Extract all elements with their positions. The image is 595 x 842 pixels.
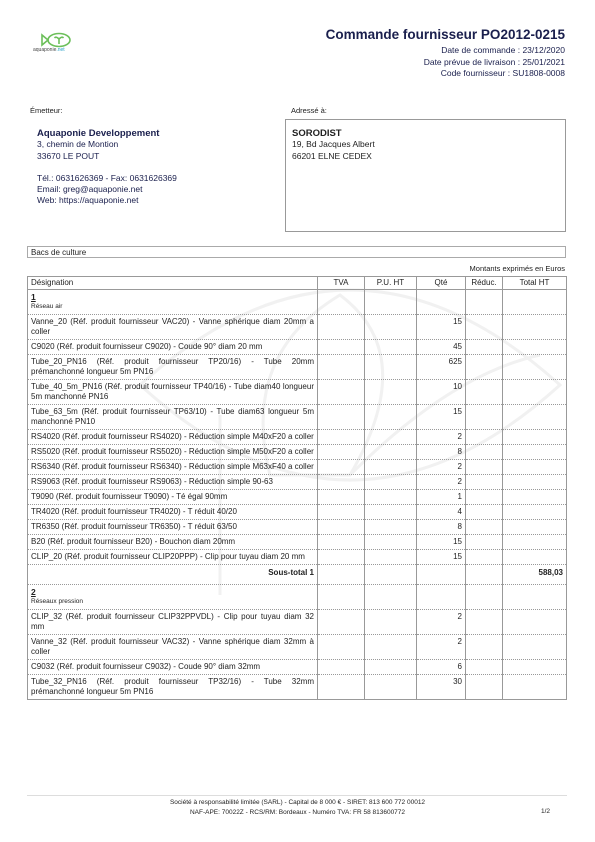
line-quantity: 15 (417, 405, 466, 430)
supplier-code: Code fournisseur : SU1808-0008 (326, 68, 565, 80)
table-row: B20 (Réf. produit fournisseur B20) - Bou… (28, 535, 567, 550)
empty-cell (365, 315, 417, 340)
line-description: TR6350 (Réf. produit fournisseur TR6350)… (28, 520, 318, 535)
page-number: 1/2 (541, 808, 550, 815)
empty-cell (466, 380, 503, 405)
line-description: Tube_40_5m_PN16 (Réf. produit fournisseu… (28, 380, 318, 405)
empty-cell (365, 550, 417, 565)
empty-cell (318, 475, 365, 490)
section-label: Réseau air (31, 302, 314, 312)
line-description: CLIP_32 (Réf. produit fournisseur CLIP32… (28, 610, 318, 635)
line-quantity: 2 (417, 430, 466, 445)
empty-cell (466, 635, 503, 660)
line-description: C9032 (Réf. produit fournisseur C9032) -… (28, 660, 318, 675)
line-description: CLIP_20 (Réf. produit fournisseur CLIP20… (28, 550, 318, 565)
table-row: TR6350 (Réf. produit fournisseur TR6350)… (28, 520, 567, 535)
empty-cell (318, 675, 365, 700)
empty-cell (466, 610, 503, 635)
empty-cell (318, 380, 365, 405)
section-number: 1 (31, 292, 314, 302)
empty-cell (417, 565, 466, 585)
logo-text: aquaponie.net (33, 47, 65, 53)
addressee-block: SORODIST 19, Bd Jacques Albert 66201 ELN… (292, 128, 375, 162)
line-quantity: 45 (417, 340, 466, 355)
order-lines-table: Désignation TVA P.U. HT Qté Réduc. Total… (27, 276, 567, 700)
empty-cell (503, 520, 567, 535)
empty-cell (466, 290, 503, 315)
footer: Société à responsabilité limitée (SARL) … (0, 798, 595, 817)
table-row: RS5020 (Réf. produit fournisseur RS5020)… (28, 445, 567, 460)
empty-cell (503, 380, 567, 405)
empty-cell (466, 315, 503, 340)
section-header-row: 2Réseaux pression (28, 585, 567, 610)
line-quantity: 6 (417, 660, 466, 675)
line-quantity: 2 (417, 460, 466, 475)
empty-cell (503, 490, 567, 505)
line-description: B20 (Réf. produit fournisseur B20) - Bou… (28, 535, 318, 550)
col-designation: Désignation (28, 277, 318, 290)
empty-cell (466, 535, 503, 550)
empty-cell (466, 460, 503, 475)
table-row: CLIP_20 (Réf. produit fournisseur CLIP20… (28, 550, 567, 565)
footer-divider (27, 795, 567, 796)
empty-cell (365, 520, 417, 535)
empty-cell (318, 565, 365, 585)
col-quantity: Qté (417, 277, 466, 290)
empty-cell (318, 460, 365, 475)
table-header-row: Désignation TVA P.U. HT Qté Réduc. Total… (28, 277, 567, 290)
empty-cell (318, 635, 365, 660)
line-description: Tube_20_PN16 (Réf. produit fournisseur T… (28, 355, 318, 380)
empty-cell (503, 585, 567, 610)
logo-suffix-text: .net (56, 47, 64, 53)
subtotal-row: Sous-total 1588,03 (28, 565, 567, 585)
empty-cell (503, 505, 567, 520)
line-description: Tube_63_5m (Réf. produit fournisseur TP6… (28, 405, 318, 430)
empty-cell (466, 660, 503, 675)
line-quantity: 4 (417, 505, 466, 520)
empty-cell (503, 675, 567, 700)
empty-cell (318, 585, 365, 610)
emitter-web: Web: https://aquaponie.net (37, 195, 177, 206)
empty-cell (318, 405, 365, 430)
section-title: 2Réseaux pression (28, 585, 318, 610)
empty-cell (365, 610, 417, 635)
line-quantity: 2 (417, 610, 466, 635)
empty-cell (365, 585, 417, 610)
section-number: 2 (31, 587, 314, 597)
table-row: TR4020 (Réf. produit fournisseur TR4020)… (28, 505, 567, 520)
table-body: 1Réseau airVanne_20 (Réf. produit fourni… (28, 290, 567, 700)
logo-main-text: aquaponie (33, 47, 56, 53)
table-row: Vanne_32 (Réf. produit fournisseur VAC32… (28, 635, 567, 660)
empty-cell (318, 290, 365, 315)
emitter-phone: Tél.: 0631626369 - Fax: 0631626369 (37, 173, 177, 184)
empty-cell (365, 535, 417, 550)
section-header-row: 1Réseau air (28, 290, 567, 315)
line-quantity: 8 (417, 520, 466, 535)
empty-cell (466, 490, 503, 505)
line-quantity: 15 (417, 315, 466, 340)
line-description: C9020 (Réf. produit fournisseur C9020) -… (28, 340, 318, 355)
empty-cell (503, 535, 567, 550)
line-quantity: 625 (417, 355, 466, 380)
empty-cell (503, 610, 567, 635)
empty-cell (503, 430, 567, 445)
empty-cell (365, 490, 417, 505)
addressee-address1: 19, Bd Jacques Albert (292, 139, 375, 150)
table-row: C9032 (Réf. produit fournisseur C9032) -… (28, 660, 567, 675)
empty-cell (503, 340, 567, 355)
empty-cell (503, 405, 567, 430)
line-quantity: 1 (417, 490, 466, 505)
empty-cell (318, 445, 365, 460)
order-date: Date de commande : 23/12/2020 (326, 45, 565, 57)
addressee-label: Adressé à: (291, 106, 327, 115)
empty-cell (365, 405, 417, 430)
empty-cell (318, 430, 365, 445)
addressee-address2: 66201 ELNE CEDEX (292, 151, 375, 162)
empty-cell (466, 520, 503, 535)
empty-cell (318, 355, 365, 380)
line-quantity: 15 (417, 535, 466, 550)
empty-cell (318, 535, 365, 550)
empty-cell (365, 445, 417, 460)
empty-cell (466, 550, 503, 565)
empty-cell (503, 635, 567, 660)
empty-cell (417, 290, 466, 315)
empty-cell (466, 355, 503, 380)
line-description: RS9063 (Réf. produit fournisseur RS9063)… (28, 475, 318, 490)
table-row: Tube_32_PN16 (Réf. produit fournisseur T… (28, 675, 567, 700)
empty-cell (503, 475, 567, 490)
table-row: RS9063 (Réf. produit fournisseur RS9063)… (28, 475, 567, 490)
empty-cell (466, 445, 503, 460)
table-row: C9020 (Réf. produit fournisseur C9020) -… (28, 340, 567, 355)
emitter-name: Aquaponie Developpement (37, 128, 177, 139)
empty-cell (318, 340, 365, 355)
col-total: Total HT (503, 277, 567, 290)
line-quantity: 2 (417, 635, 466, 660)
table-row: Tube_40_5m_PN16 (Réf. produit fournisseu… (28, 380, 567, 405)
line-quantity: 8 (417, 445, 466, 460)
empty-cell (466, 405, 503, 430)
empty-cell (318, 610, 365, 635)
empty-cell (466, 585, 503, 610)
empty-cell (318, 520, 365, 535)
empty-cell (365, 460, 417, 475)
col-tva: TVA (318, 277, 365, 290)
empty-cell (466, 340, 503, 355)
empty-cell (503, 290, 567, 315)
empty-cell (503, 660, 567, 675)
empty-cell (318, 490, 365, 505)
line-description: RS5020 (Réf. produit fournisseur RS5020)… (28, 445, 318, 460)
table-row: RS6340 (Réf. produit fournisseur RS6340)… (28, 460, 567, 475)
line-description: TR4020 (Réf. produit fournisseur TR4020)… (28, 505, 318, 520)
empty-cell (466, 475, 503, 490)
empty-cell (466, 675, 503, 700)
table-row: Tube_20_PN16 (Réf. produit fournisseur T… (28, 355, 567, 380)
empty-cell (365, 675, 417, 700)
empty-cell (365, 505, 417, 520)
empty-cell (365, 380, 417, 405)
empty-cell (503, 355, 567, 380)
empty-cell (417, 585, 466, 610)
table-row: CLIP_32 (Réf. produit fournisseur CLIP32… (28, 610, 567, 635)
line-quantity: 30 (417, 675, 466, 700)
empty-cell (365, 475, 417, 490)
empty-cell (318, 550, 365, 565)
empty-cell (365, 340, 417, 355)
empty-cell (466, 505, 503, 520)
currency-note: Montants exprimés en Euros (470, 264, 565, 273)
footer-legal-line1: Société à responsabilité limitée (SARL) … (0, 798, 595, 808)
empty-cell (503, 315, 567, 340)
line-quantity: 15 (417, 550, 466, 565)
empty-cell (365, 660, 417, 675)
table-row: T9090 (Réf. produit fournisseur T9090) -… (28, 490, 567, 505)
line-quantity: 2 (417, 475, 466, 490)
empty-cell (318, 315, 365, 340)
empty-cell (365, 565, 417, 585)
empty-cell (365, 290, 417, 315)
section-label: Réseaux pression (31, 597, 314, 607)
line-description: T9090 (Réf. produit fournisseur T9090) -… (28, 490, 318, 505)
line-description: Vanne_32 (Réf. produit fournisseur VAC32… (28, 635, 318, 660)
section-title: 1Réseau air (28, 290, 318, 315)
addressee-name: SORODIST (292, 128, 375, 139)
line-quantity: 10 (417, 380, 466, 405)
document-header: Commande fournisseur PO2012-0215 Date de… (326, 27, 565, 80)
col-unit-price: P.U. HT (365, 277, 417, 290)
footer-legal-line2: NAF-APE: 70022Z - RCS/RM: Bordeaux - Num… (0, 808, 595, 818)
table-row: RS4020 (Réf. produit fournisseur RS4020)… (28, 430, 567, 445)
col-discount: Réduc. (466, 277, 503, 290)
line-description: RS4020 (Réf. produit fournisseur RS4020)… (28, 430, 318, 445)
emitter-block: Aquaponie Developpement 3, chemin de Mon… (37, 128, 177, 207)
line-description: RS6340 (Réf. produit fournisseur RS6340)… (28, 460, 318, 475)
empty-cell (318, 660, 365, 675)
emitter-label: Émetteur: (30, 106, 63, 115)
line-description: Vanne_20 (Réf. produit fournisseur VAC20… (28, 315, 318, 340)
project-label: Bacs de culture (27, 246, 566, 258)
empty-cell (503, 460, 567, 475)
table-row: Vanne_20 (Réf. produit fournisseur VAC20… (28, 315, 567, 340)
empty-cell (466, 430, 503, 445)
table-row: Tube_63_5m (Réf. produit fournisseur TP6… (28, 405, 567, 430)
empty-cell (503, 550, 567, 565)
emitter-address2: 33670 LE POUT (37, 151, 177, 162)
empty-cell (365, 430, 417, 445)
page-title: Commande fournisseur PO2012-0215 (326, 27, 565, 42)
empty-cell (503, 445, 567, 460)
subtotal-value: 588,03 (503, 565, 567, 585)
empty-cell (318, 505, 365, 520)
empty-cell (365, 635, 417, 660)
empty-cell (466, 565, 503, 585)
delivery-date: Date prévue de livraison : 25/01/2021 (326, 57, 565, 69)
emitter-email: Email: greg@aquaponie.net (37, 184, 177, 195)
line-description: Tube_32_PN16 (Réf. produit fournisseur T… (28, 675, 318, 700)
emitter-address1: 3, chemin de Montion (37, 139, 177, 150)
empty-cell (365, 355, 417, 380)
subtotal-label: Sous-total 1 (28, 565, 318, 585)
